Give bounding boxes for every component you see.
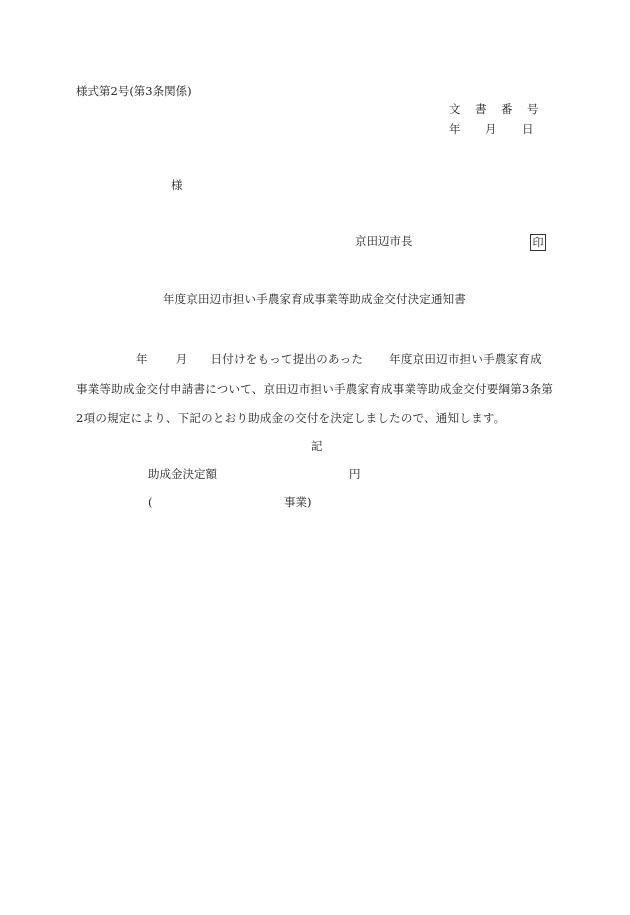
doc-number-char: 番 — [501, 104, 527, 116]
issuer-name: 京田辺市長 — [355, 236, 413, 248]
body-month-label: 月 — [176, 352, 188, 366]
project-open-paren: ( — [148, 497, 153, 509]
project-name-suffix: 事業) — [284, 497, 312, 509]
doc-number-char: 書 — [475, 104, 501, 116]
body-text-submitted: 日付けをもって提出のあった — [211, 352, 364, 366]
body-year-label: 年 — [136, 352, 148, 366]
document-number: 文 書 番 号 — [449, 104, 553, 124]
body-line-1: 年月日付けをもって提出のあった年度京田辺市担い手農家育成 — [76, 354, 542, 366]
date-year-label: 年 — [449, 124, 485, 136]
doc-number-char: 号 — [527, 104, 553, 116]
document-title: 年度京田辺市担い手農家育成事業等助成金交付決定通知書 — [163, 294, 466, 306]
addressee-honorific: 様 — [171, 180, 183, 192]
date-month-label: 月 — [485, 124, 522, 136]
body-text-program: 年度京田辺市担い手農家育成 — [389, 352, 542, 366]
grant-amount-unit: 円 — [349, 469, 361, 481]
grant-amount-label: 助成金決定額 — [148, 469, 217, 481]
body-line-2: 事業等助成金交付申請書について、京田辺市担い手農家育成事業等助成金交付要綱第3条… — [76, 384, 553, 396]
date-day-label: 日 — [522, 124, 534, 136]
seal-icon: 印 — [530, 234, 546, 251]
document-meta: 文 書 番 号 年 月 日 — [449, 104, 553, 144]
body-line-3: 2項の規定により、下記のとおり助成金の交付を決定しましたので、通知します。 — [76, 413, 505, 425]
document-date: 年 月 日 — [449, 124, 553, 144]
notes-heading: 記 — [311, 441, 323, 453]
doc-number-char: 文 — [449, 104, 475, 116]
form-number: 様式第2号(第3条関係) — [76, 86, 192, 98]
